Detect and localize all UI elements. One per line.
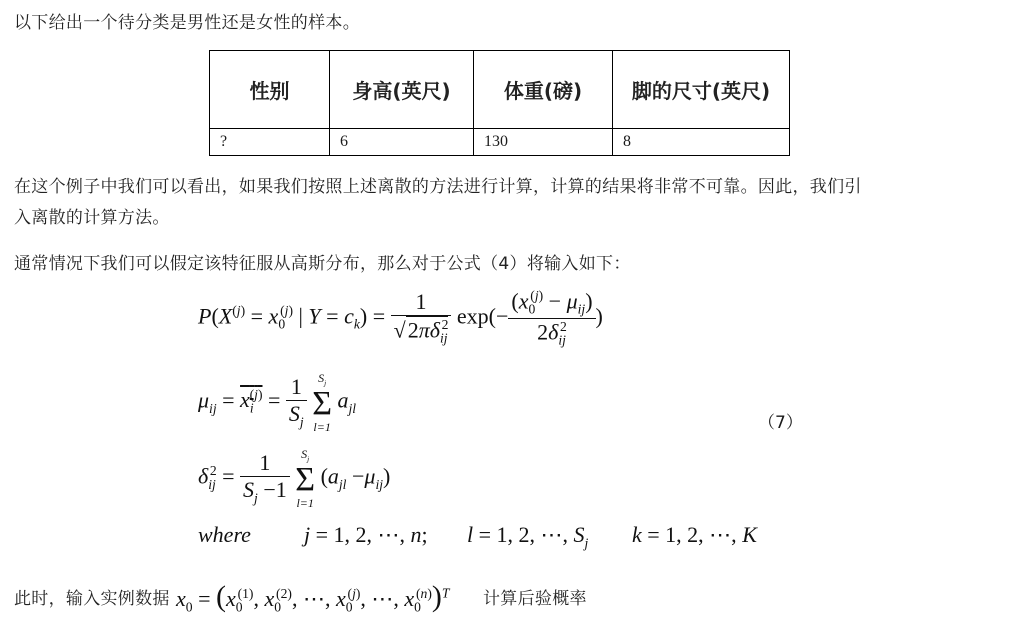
final-prefix: 此时，输入实例数据 — [14, 588, 170, 610]
cell-foot-size: 8 — [613, 129, 790, 156]
where-l: l = 1, 2, ⋯, Sj — [467, 522, 588, 551]
where-k: k = 1, 2, ⋯, K — [632, 522, 757, 548]
table-header-row: 性别 身高(英尺) 体重(磅) 脚的尺寸(英尺) — [210, 51, 790, 129]
formula-gaussian: P(X(j) = x0(j) | Y = ck) = 1√2πδij2 exp(… — [198, 288, 603, 348]
paragraph2: 通常情况下我们可以假定该特征服从高斯分布，那么对于公式（4）将输入如下： — [14, 253, 631, 275]
intro-text: 以下给出一个待分类是男性还是女性的样本。 — [14, 12, 360, 34]
table-row: ? 6 130 8 — [210, 129, 790, 156]
header-foot-size: 脚的尺寸(英尺) — [613, 51, 790, 129]
cell-weight: 130 — [474, 129, 613, 156]
sample-table: 性别 身高(英尺) 体重(磅) 脚的尺寸(英尺) ? 6 130 8 — [209, 50, 790, 156]
where-j: j = 1, 2, ⋯, n; — [304, 522, 428, 548]
equation-number: （7） — [758, 408, 803, 433]
formula-input-vector: x0 = (x0(1), x0(2), ⋯, x0(j), ⋯, x0(n))T — [176, 580, 449, 615]
formula-variance: δij2 = 1Sj −1 SjΣl=1 (ajl −μij) — [198, 448, 390, 509]
paragraph1-line2: 入离散的计算方法。 — [14, 207, 170, 229]
header-height: 身高(英尺) — [330, 51, 474, 129]
cell-height: 6 — [330, 129, 474, 156]
cell-gender: ? — [210, 129, 330, 156]
where-label: where — [198, 522, 251, 548]
header-gender: 性别 — [210, 51, 330, 129]
paragraph1-line1: 在这个例子中我们可以看出，如果我们按照上述离散的方法进行计算，计算的结果将非常不… — [14, 176, 862, 198]
header-weight: 体重(磅) — [474, 51, 613, 129]
formula-mean: μij = xi(j) = 1Sj SjΣl=1 ajl — [198, 372, 356, 433]
final-suffix: 计算后验概率 — [483, 588, 587, 610]
